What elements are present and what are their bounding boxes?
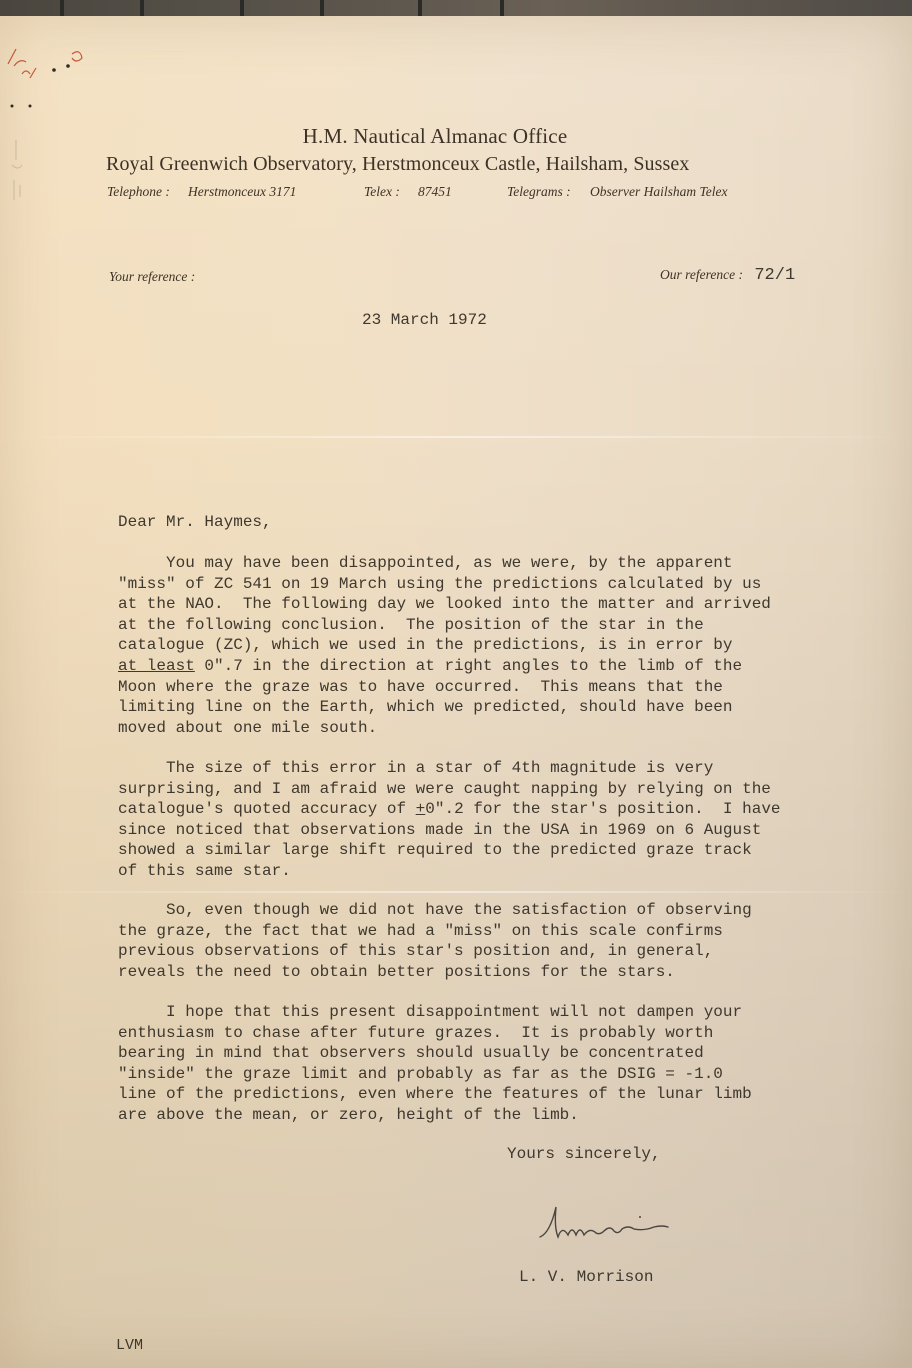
line: line of the predictions, even where the …: [118, 1085, 752, 1103]
our-reference-value: 72/1: [754, 266, 795, 285]
telex-label: Telex :: [364, 184, 400, 200]
line: previous observations of this star's pos…: [118, 942, 713, 960]
line: surprising, and I am afraid we were caug…: [118, 780, 771, 798]
line: You may have been disappointed, as we we…: [118, 554, 733, 572]
line: bearing in mind that observers should us…: [118, 1044, 704, 1062]
line: "inside" the graze limit and probably as…: [118, 1065, 723, 1083]
line: enthusiasm to chase after future grazes.…: [118, 1024, 713, 1042]
line: at the following conclusion. The positio…: [118, 616, 704, 634]
line: reveals the need to obtain better positi…: [118, 963, 675, 981]
line: the graze, the fact that we had a "miss"…: [118, 922, 723, 940]
paper-fold: [0, 436, 912, 438]
your-reference: Your reference :: [109, 268, 203, 287]
telephone-label: Telephone :: [107, 184, 170, 200]
underlined-emphasis: at least: [118, 657, 195, 675]
telegrams-value: Observer Hailsham Telex: [590, 184, 728, 200]
signer-name: L. V. Morrison: [519, 1268, 653, 1286]
line: 0".2 for the star's position. I have: [425, 800, 780, 818]
line: moved about one mile south.: [118, 719, 377, 737]
paragraph-4: I hope that this present disappointment …: [118, 1002, 838, 1126]
our-reference-label: Our reference :: [660, 267, 743, 282]
line: I hope that this present disappointment …: [118, 1003, 742, 1021]
our-reference: Our reference : 72/1: [660, 266, 795, 285]
line: 0".7 in the direction at right angles to…: [195, 657, 742, 675]
line: catalogue's quoted accuracy of: [118, 800, 416, 818]
line: catalogue (ZC), which we used in the pre…: [118, 636, 733, 654]
line: since noticed that observations made in …: [118, 821, 761, 839]
paragraph-2: The size of this error in a star of 4th …: [118, 758, 838, 882]
letterhead-address: Royal Greenwich Observatory, Herstmonceu…: [106, 153, 690, 176]
letterhead-office: H.M. Nautical Almanac Office: [0, 124, 870, 149]
signature-icon: [530, 1195, 710, 1255]
line: The size of this error in a star of 4th …: [118, 759, 713, 777]
line: showed a similar large shift required to…: [118, 841, 752, 859]
telephone-value: Herstmonceux 3171: [188, 184, 296, 200]
paragraph-3: So, even though we did not have the sati…: [118, 900, 838, 982]
line: Moon where the graze was to have occurre…: [118, 678, 723, 696]
closing: Yours sincerely,: [507, 1145, 661, 1163]
typist-initials: LVM: [116, 1337, 143, 1354]
line: of this same star.: [118, 862, 291, 880]
line: "miss" of ZC 541 on 19 March using the p…: [118, 575, 761, 593]
plus-minus-sign: +: [416, 800, 426, 818]
salutation: Dear Mr. Haymes,: [118, 513, 272, 531]
line: at the NAO. The following day we looked …: [118, 595, 771, 613]
your-reference-label: Your reference :: [109, 269, 195, 284]
line: So, even though we did not have the sati…: [118, 901, 752, 919]
line: are above the mean, or zero, height of t…: [118, 1106, 579, 1124]
telex-value: 87451: [418, 184, 452, 200]
letter-date: 23 March 1972: [362, 311, 487, 329]
telegrams-label: Telegrams :: [507, 184, 571, 200]
handwritten-annotation-icon: [2, 44, 102, 124]
line: limiting line on the Earth, which we pre…: [118, 698, 733, 716]
paragraph-1: You may have been disappointed, as we we…: [118, 553, 838, 738]
paper-fold: [0, 891, 912, 893]
